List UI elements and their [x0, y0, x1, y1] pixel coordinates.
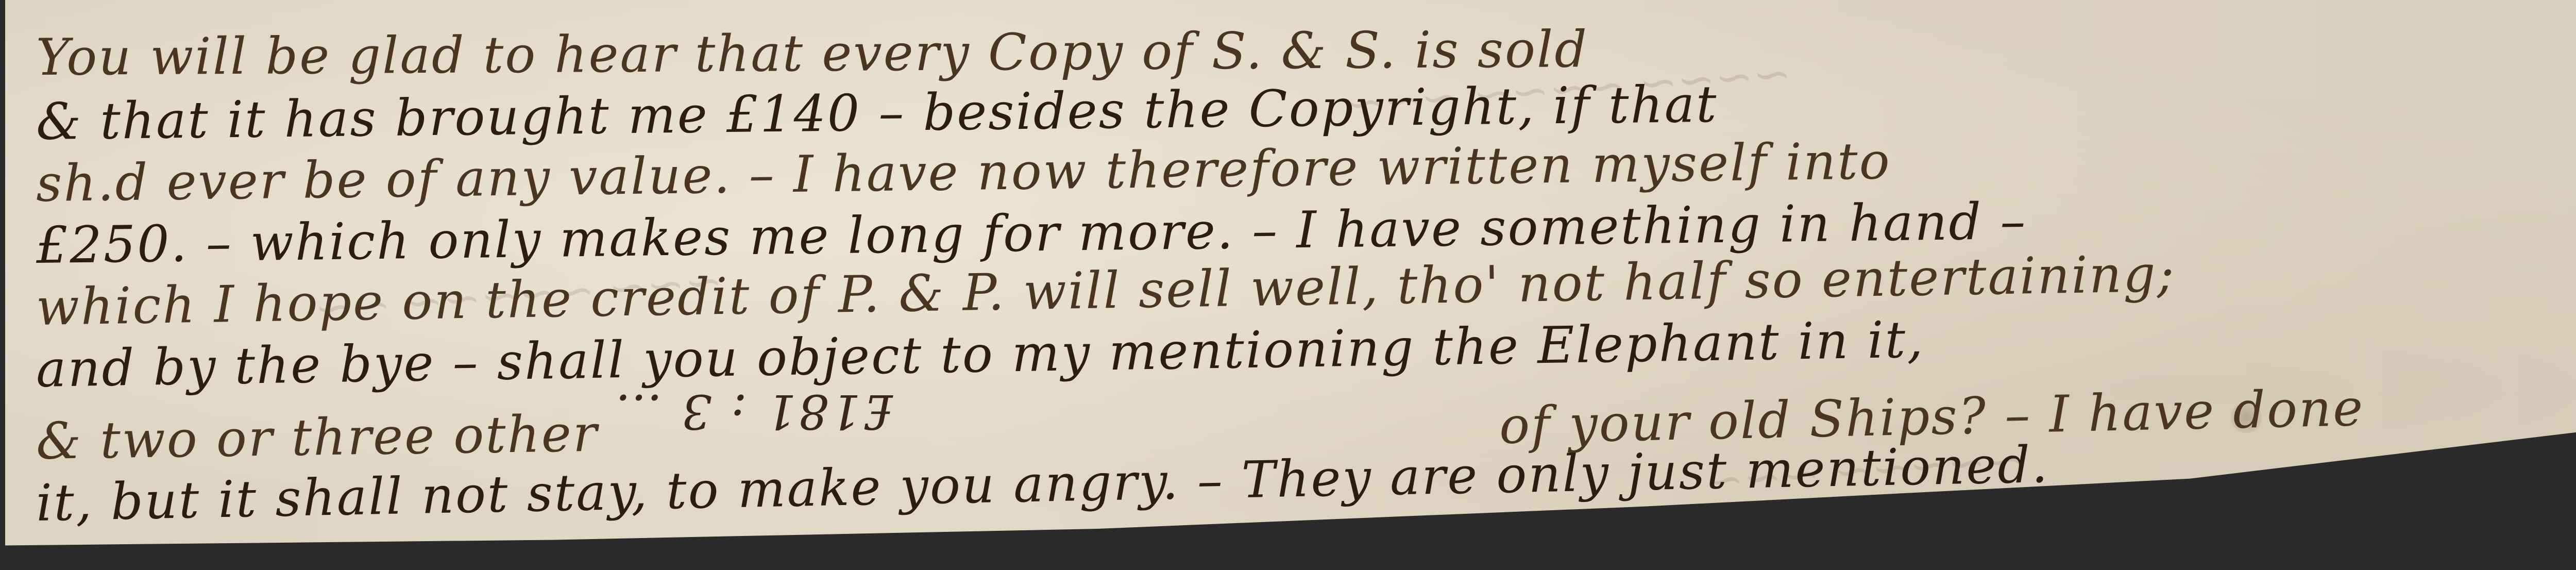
letter-line-1: You will be glad to hear that every Copy…	[36, 20, 1602, 87]
ink-blot	[2231, 402, 2262, 433]
inverted-annotation: £181 : 3 …	[613, 384, 893, 439]
line-1-text: You will be glad to hear that every Copy…	[36, 20, 1589, 87]
line-7a-text: & two or three other	[36, 405, 599, 471]
letter-paper: ~~~~ ~~~~ ~~~ ~~~ ~~~~~ ~~ ~~~~~ ~~~ …(c…	[5, 0, 2576, 557]
letter-line-7a: & two or three other	[36, 404, 612, 471]
